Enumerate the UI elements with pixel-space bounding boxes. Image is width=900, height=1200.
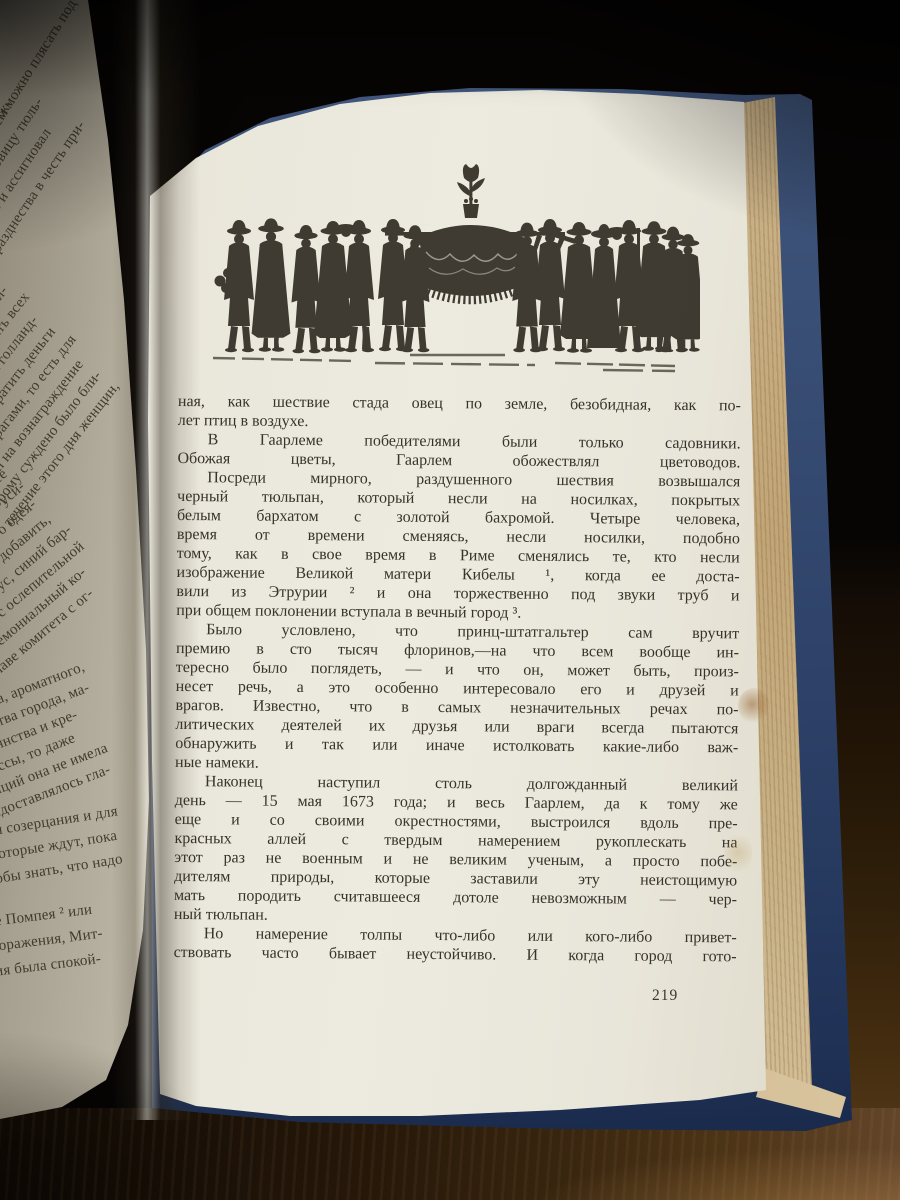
- book-photo-scene: { "palette": { "background": "#070504", …: [0, 0, 900, 1200]
- page-text: ная, как шествие стада овец по земле, бе…: [174, 392, 741, 966]
- procession-illustration: [205, 162, 700, 374]
- text-line: ствовать часто бывает неустойчиво. И ког…: [174, 943, 737, 966]
- page-number: 219: [652, 987, 678, 1005]
